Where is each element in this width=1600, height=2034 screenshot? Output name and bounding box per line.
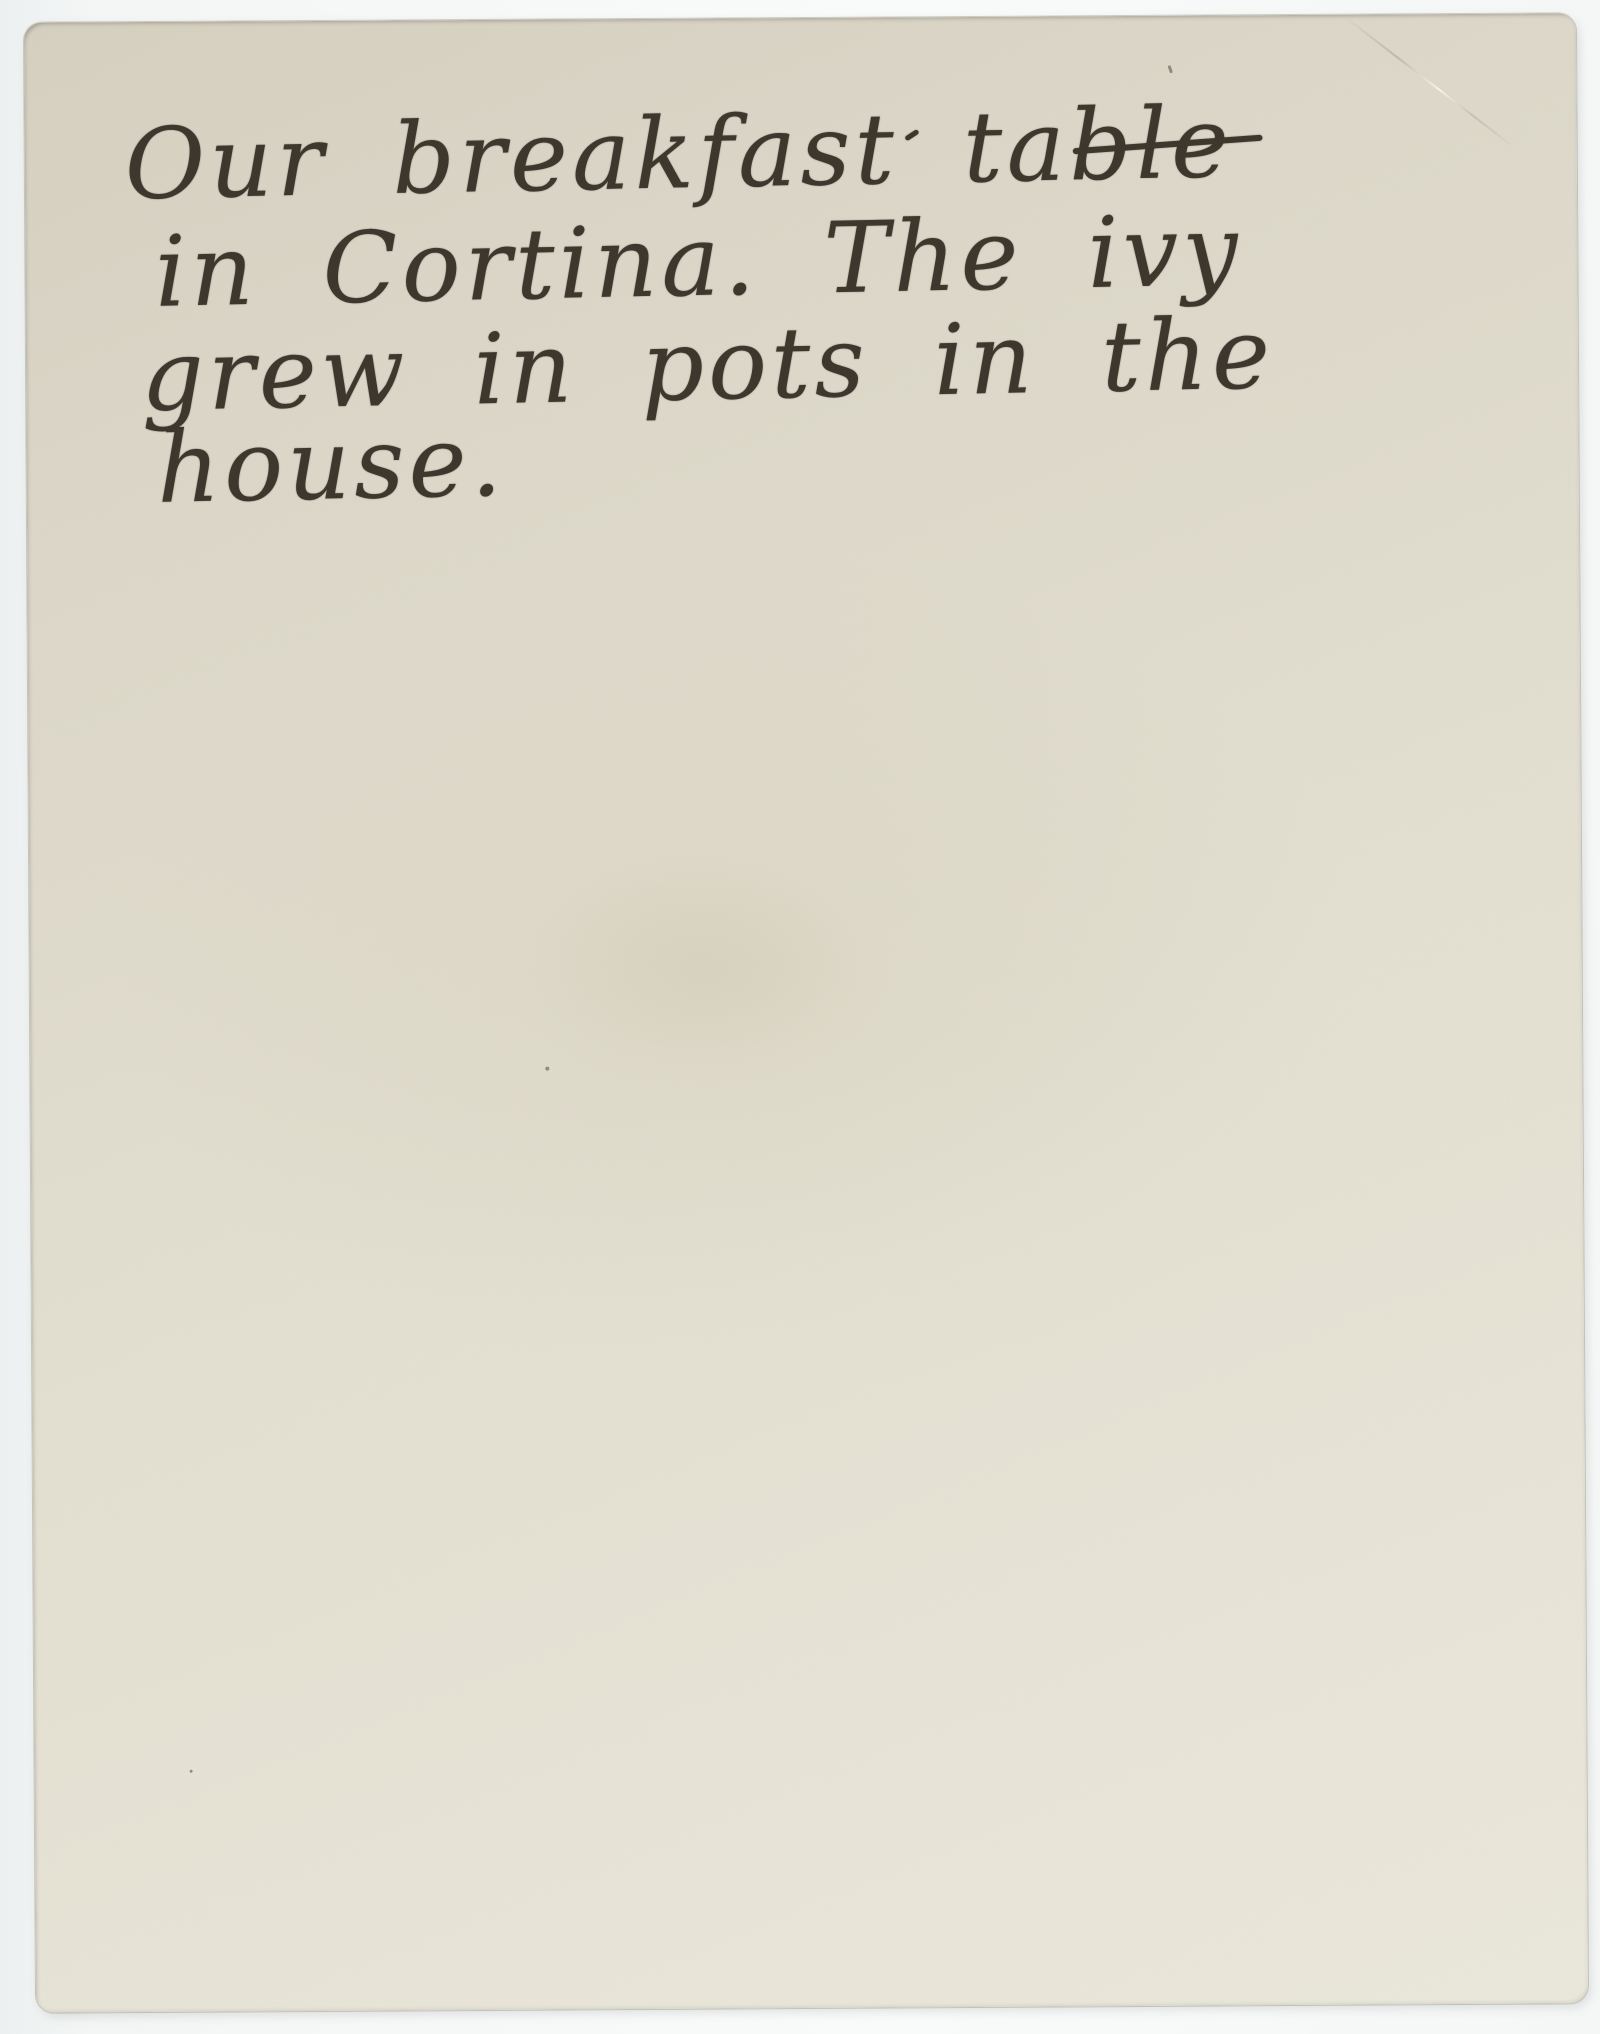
photo-back-card: Our breakfast table in Cortina. The ivy … [24, 13, 1588, 2012]
handwritten-note: Our breakfast table in Cortina. The ivy … [22, 0, 1600, 2014]
note-line-4: house. [156, 405, 507, 526]
